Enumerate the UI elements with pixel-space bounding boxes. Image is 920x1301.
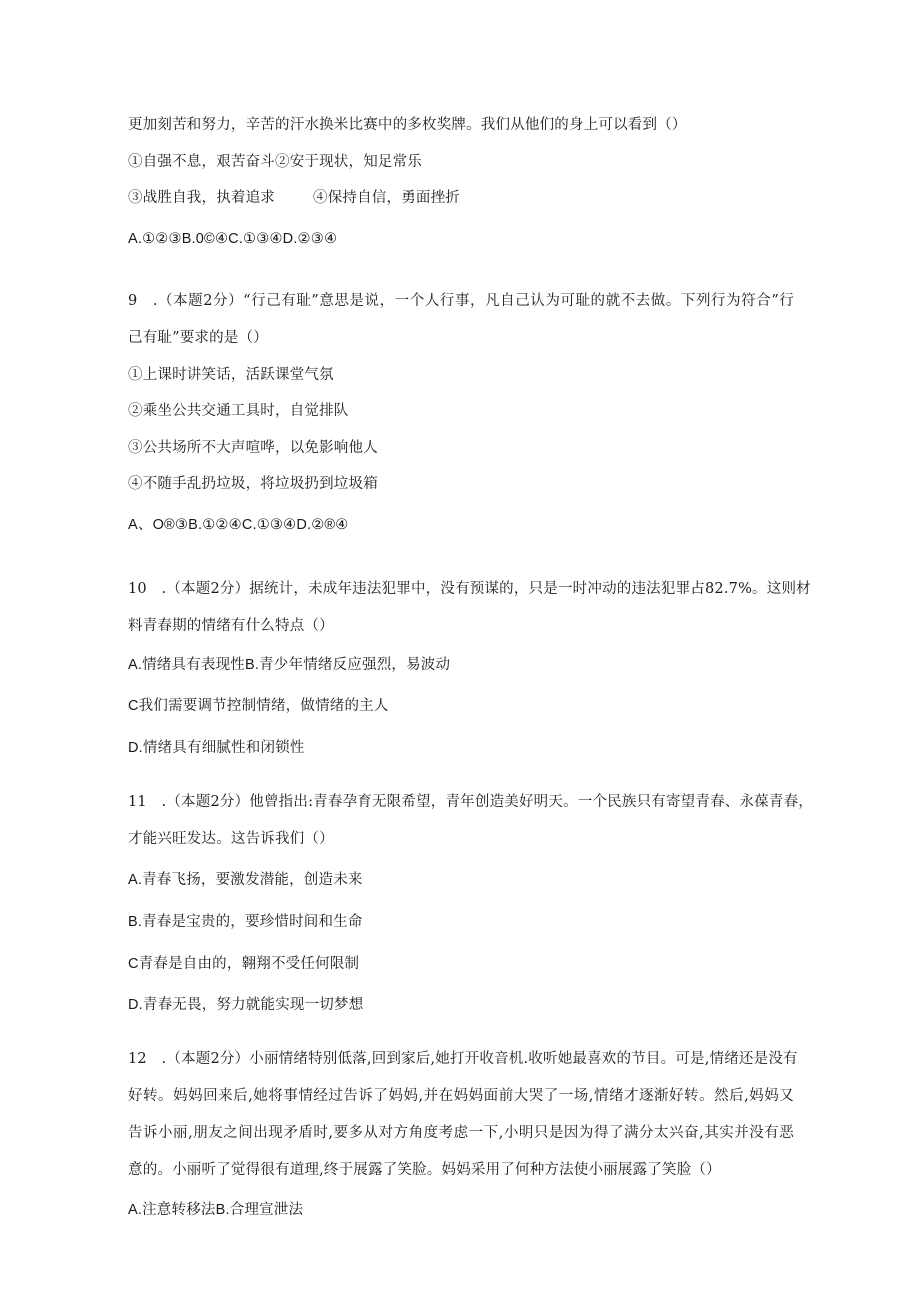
question-11-option-c: C青春是自由的，翱翔不受任何限制 [128,955,359,973]
question-12-options: A.注意转移法B.合理宣泄法 [128,1201,303,1219]
question-9-stem-line-1: 9 .（本题2分）“行己有耻”意思是说，一个人行事，凡自己认为可耻的就不去做。下… [128,292,794,310]
question-8-stem: 更加刻苦和努力，辛苦的汗水换米比赛中的多枚奖牌。我们从他们的身上可以看到（） [128,116,687,134]
question-9-statement-4: ④不随手乱扔垃圾，将垃圾扔到垃圾箱 [128,475,378,493]
question-11-option-a: A.青春飞扬，要激发潜能，创造未来 [128,871,363,889]
question-11-stem-line-2: 才能兴旺发达。这告诉我们（） [128,830,334,848]
question-12-stem-line-1: 12 .（本题2分）小丽情绪特别低落,回到家后,她打开收音机.收听她最喜欢的节目… [128,1050,794,1068]
question-10-option-ab: A.情绪具有表现性B.青少年情绪反应强烈，易波动 [128,656,450,674]
question-8-statements-1: ①自强不息，艰苦奋斗②安于现状，知足常乐 [128,153,422,171]
question-11-option-d: D.青春无畏，努力就能实现一切梦想 [128,996,363,1014]
question-10-stem-line-1: 10 .（本题2分）据统计，未成年违法犯罪中，没有预谋的，只是一时冲动的违法犯罪… [128,580,794,598]
question-10-stem-line-2: 料青春期的情绪有什么特点（） [128,617,334,635]
question-12-stem-line-2: 好转。妈妈回来后,她将事情经过告诉了妈妈,并在妈妈面前大哭了一场,情绪才逐渐好转… [128,1087,794,1105]
question-11-stem-line-1: 11 .（本题2分）他曾指出:青春孕育无限希望，青年创造美好明天。一个民族只有寄… [128,793,794,811]
question-9-statement-1: ①上课时讲笑话，活跃课堂气氛 [128,366,334,384]
question-8-statements-2a: ③战胜自我，执着追求 [128,189,275,207]
question-9-stem-line-2: 己有耻”要求的是（） [128,329,268,347]
question-10-option-d: D.情绪具有细腻性和闭锁性 [128,739,305,757]
question-9-answers: A、O®③B.①②④C.①③④D.②®④ [128,516,349,534]
question-8-answers: A.①②③B.0©④C.①③④D.②③④ [128,230,337,248]
question-9-statement-3: ③公共场所不大声喧哗，以免影响他人 [128,439,378,457]
question-11-option-b: B.青春是宝贵的，要珍惜时间和生命 [128,913,363,931]
question-12-stem-line-3: 告诉小丽,朋友之间出现矛盾时,要多从对方角度考虑一下,小明只是因为得了满分太兴奋… [128,1124,794,1142]
question-10-option-c: C我们需要调节控制情绪，做情绪的主人 [128,697,389,715]
question-8-statements-2b: ④保持自信，勇面挫折 [313,189,460,207]
question-12-stem-line-4: 意的。小丽听了觉得很有道理,终于展露了笑脸。妈妈采用了何种方法使小丽展露了笑脸（… [128,1161,721,1179]
question-9-statement-2: ②乘坐公共交通工具时，自觉排队 [128,402,349,420]
